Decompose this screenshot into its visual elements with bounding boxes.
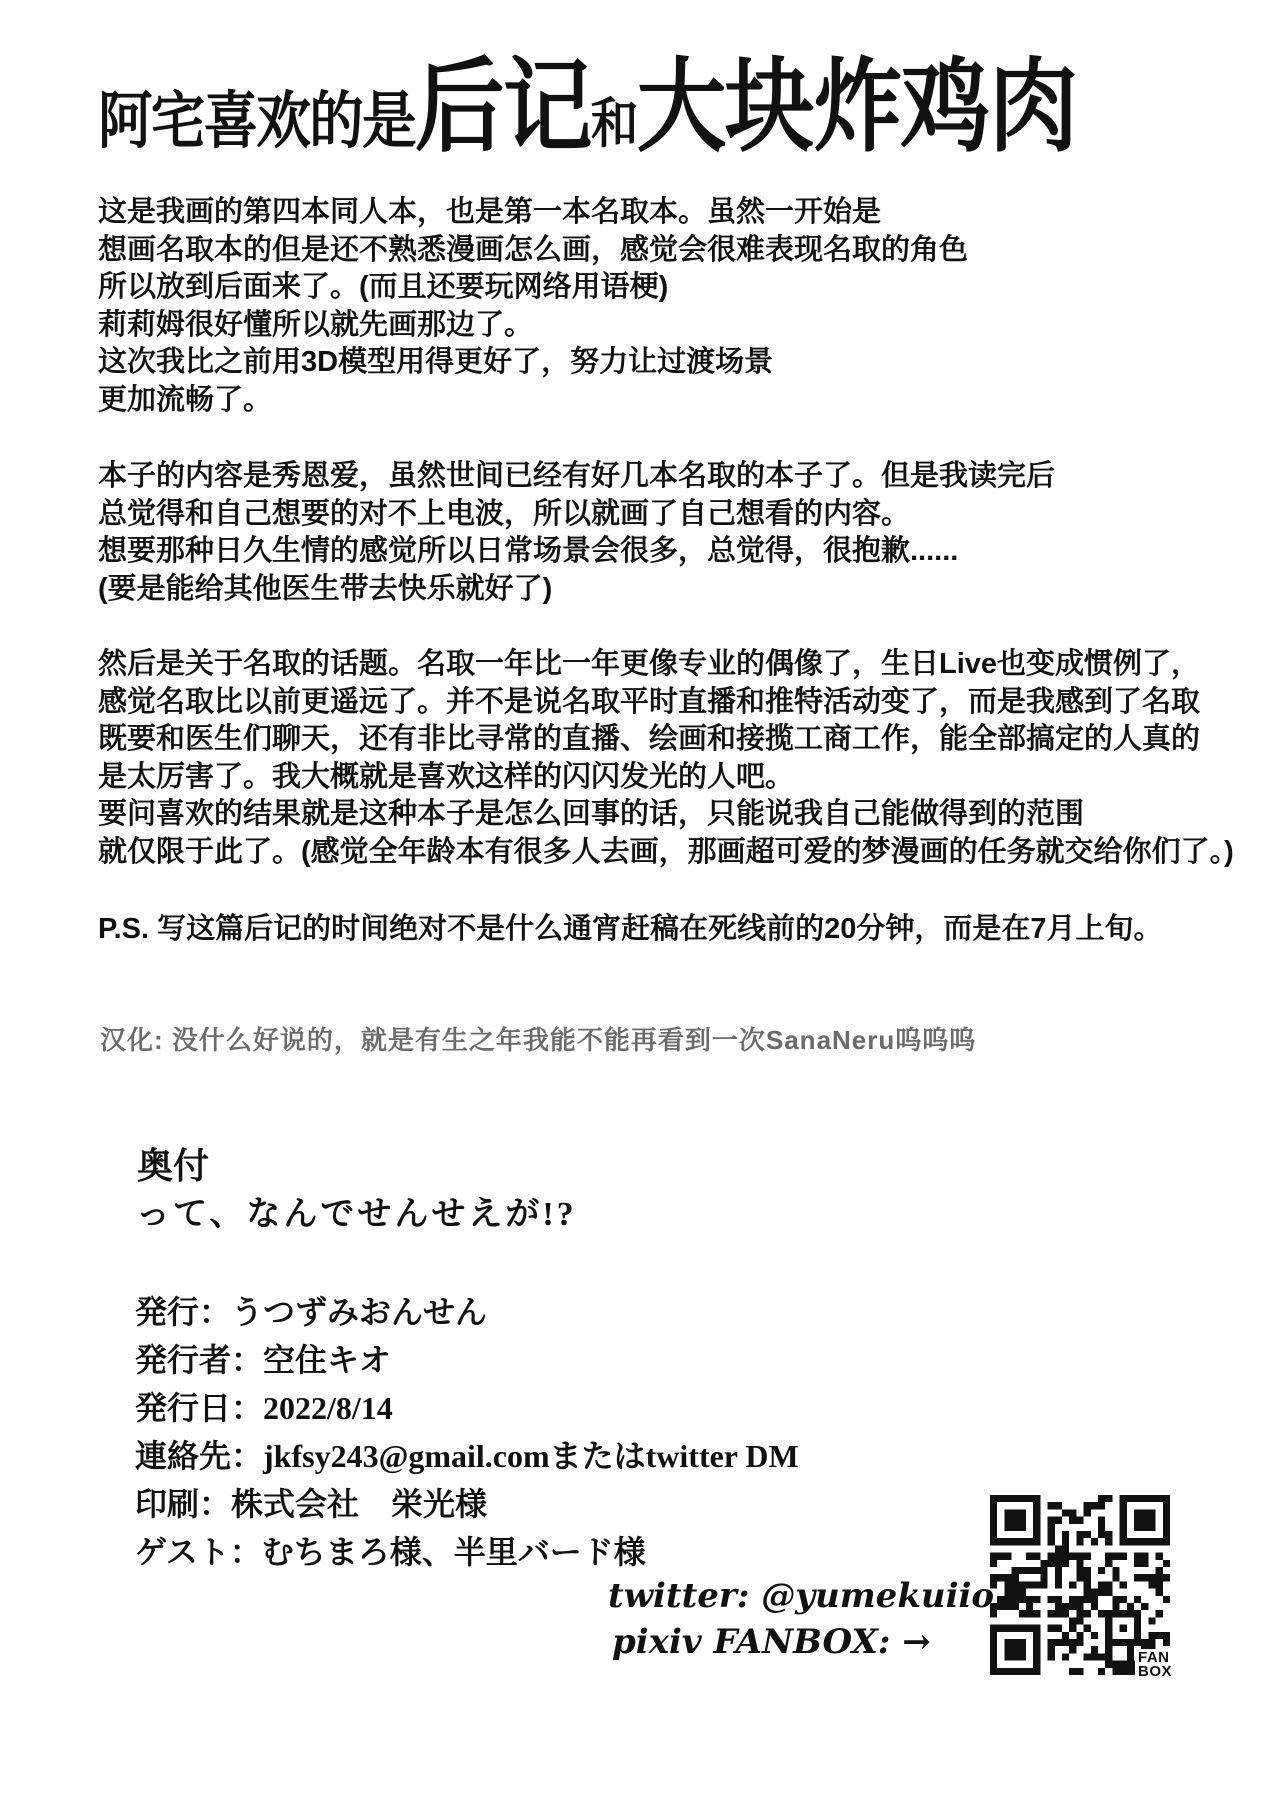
fanbox-link-line: pixiv FANBOX: → (612, 1622, 931, 1662)
translator-note: 汉化: 没什么好说的，就是有生之年我能不能再看到一次SanaNeru呜呜呜 (100, 1020, 976, 1057)
twitter-handle: twitter: @yumekuiio (608, 1576, 994, 1616)
text-line: 発行者：空住キオ (135, 1336, 799, 1384)
text-line: 这是我画的第四本同人本，也是第一本名取本。虽然一开始是 (98, 194, 968, 232)
qr-label-line2: BOX (1138, 1665, 1172, 1679)
fanbox-qr-code: FAN BOX (990, 1495, 1170, 1675)
text-line: 連絡先：jkfsy243@gmail.comまたはtwitter DM (135, 1432, 799, 1480)
text-line: 印刷：株式会社 栄光様 (135, 1480, 799, 1528)
colophon-subheading: って、なんでせんせえが!? (136, 1186, 577, 1235)
paragraph-3: 然后是关于名取的话题。名取一年比一年更像专业的偶像了，生日Live也变成惯例了，… (98, 646, 1234, 871)
text-line: 莉莉姆很好懂所以就先画那边了。 (98, 307, 968, 345)
text-line: 感觉名取比以前更遥远了。并不是说名取平时直播和推特活动变了，而是我感到了名取 (98, 684, 1234, 722)
title-part-large-2: 大块炸鸡肉 (637, 50, 1077, 164)
page-title: 阿宅喜欢的是 后记 和 大块炸鸡肉 (98, 50, 1077, 164)
text-line: 想要那种日久生情的感觉所以日常场景会很多，总觉得，很抱歉...... (98, 533, 1055, 571)
text-line: 要问喜欢的结果就是这种本子是怎么回事的话，只能说我自己能做得到的范围 (98, 796, 1234, 834)
colophon-heading: 奥付 (137, 1138, 209, 1189)
title-part-medium: 阿宅喜欢的是 (98, 86, 415, 157)
text-line: 就仅限于此了。(感觉全年龄本有很多人去画，那画超可爱的梦漫画的任务就交给你们了。… (98, 834, 1234, 872)
text-line: 発行日：2022/8/14 (135, 1384, 799, 1432)
text-line: 然后是关于名取的话题。名取一年比一年更像专业的偶像了，生日Live也变成惯例了， (98, 646, 1234, 684)
text-line: 想画名取本的但是还不熟悉漫画怎么画，感觉会很难表现名取的角色 (98, 232, 968, 270)
afterword-page: 阿宅喜欢的是 后记 和 大块炸鸡肉 这是我画的第四本同人本，也是第一本名取本。虽… (0, 0, 1280, 1807)
text-line: 所以放到后面来了。(而且还要玩网络用语梗) (98, 269, 968, 307)
colophon-credits: 発行：うつずみおんせん発行者：空住キオ発行日：2022/8/14連絡先：jkfs… (135, 1288, 799, 1576)
text-line: 本子的内容是秀恩爱，虽然世间已经有好几本名取的本子了。但是我读完后 (98, 458, 1055, 496)
qr-code-icon (990, 1495, 1170, 1675)
text-line: ゲスト：むちまろ様、半里バード様 (135, 1528, 799, 1576)
text-line: 总觉得和自己想要的对不上电波，所以就画了自己想看的内容。 (98, 496, 1055, 534)
text-line: 既要和医生们聊天，还有非比寻常的直播、绘画和接揽工商工作，能全部搞定的人真的 (98, 721, 1234, 759)
text-line: 発行：うつずみおんせん (135, 1288, 799, 1336)
title-part-connector: 和 (591, 93, 637, 155)
title-part-large-1: 后记 (415, 50, 591, 164)
text-line: 更加流畅了。 (98, 382, 968, 420)
qr-fanbox-label: FAN BOX (1135, 1649, 1172, 1679)
postscript-line: P.S. 写这篇后记的时间绝对不是什么通宵赶稿在死线前的20分钟，而是在7月上旬… (98, 906, 1163, 947)
paragraph-2: 本子的内容是秀恩爱，虽然世间已经有好几本名取的本子了。但是我读完后总觉得和自己想… (98, 458, 1055, 608)
text-line: (要是能给其他医生带去快乐就好了) (98, 571, 1055, 609)
text-line: 这次我比之前用3D模型用得更好了，努力让过渡场景 (98, 344, 968, 382)
text-line: 是太厉害了。我大概就是喜欢这样的闪闪发光的人吧。 (98, 759, 1234, 797)
paragraph-1: 这是我画的第四本同人本，也是第一本名取本。虽然一开始是想画名取本的但是还不熟悉漫… (98, 194, 968, 419)
